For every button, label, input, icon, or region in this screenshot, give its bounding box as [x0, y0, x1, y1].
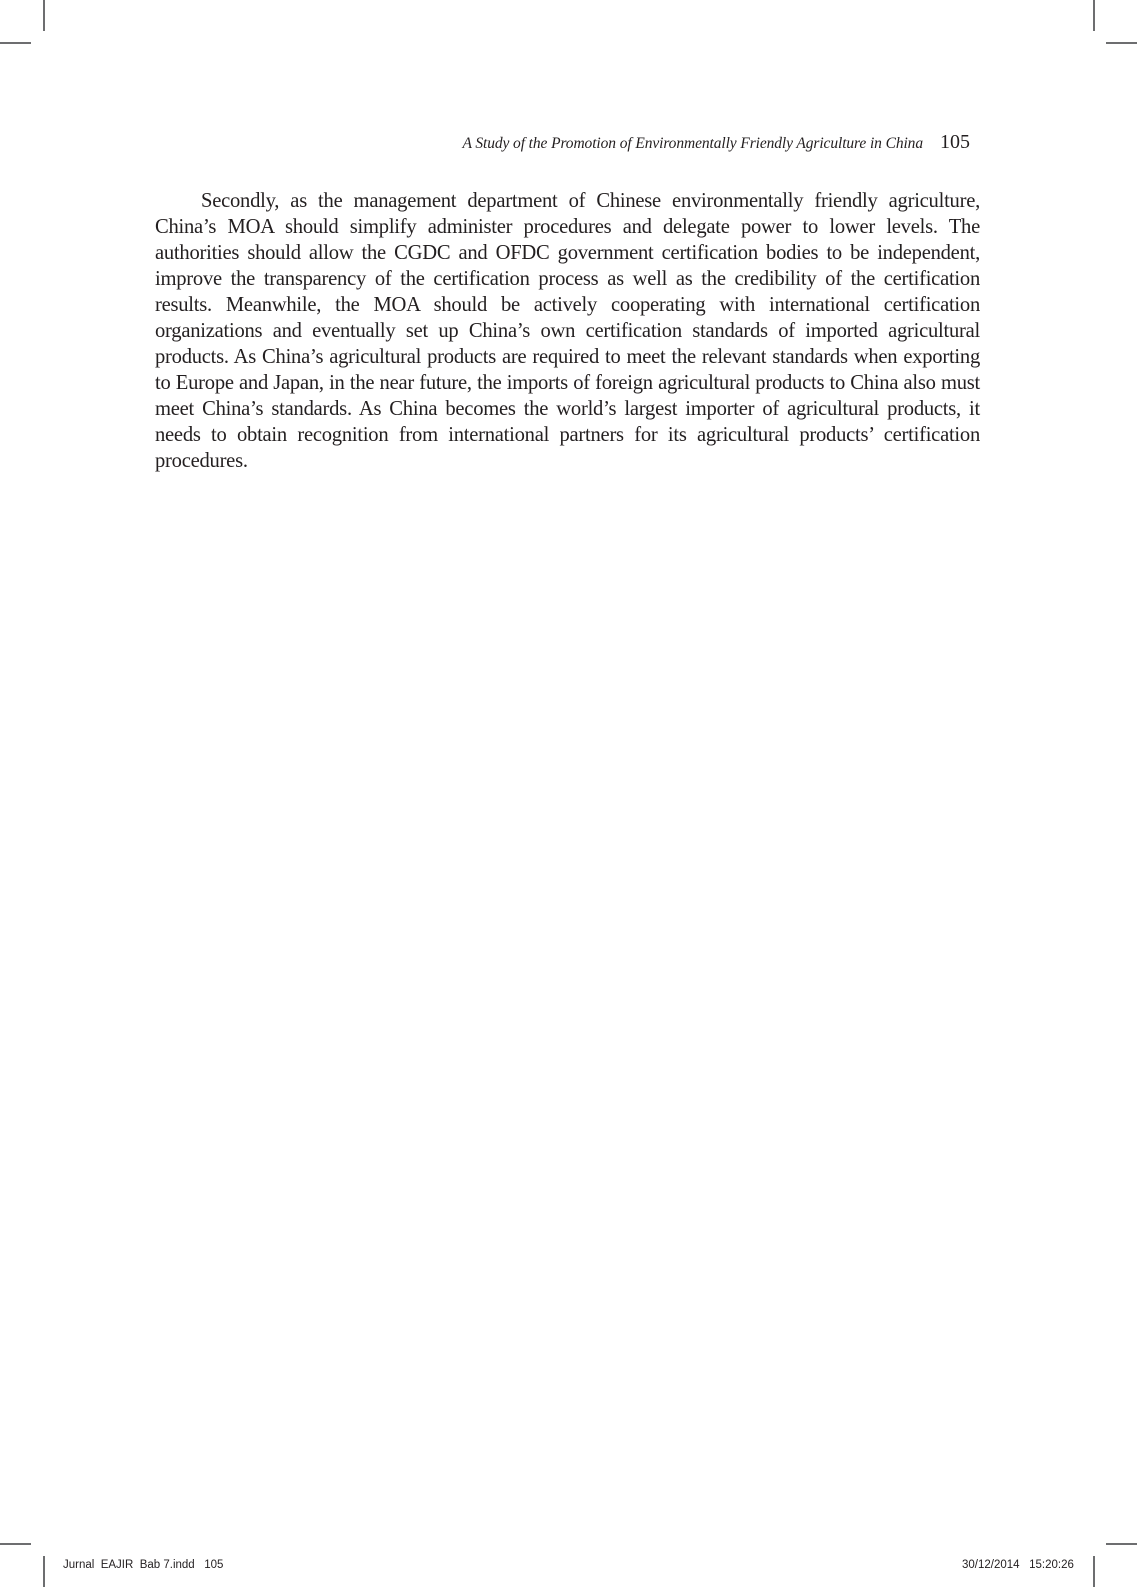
crop-mark-top-left-horizontal [0, 42, 31, 44]
page-number: 105 [940, 131, 970, 154]
paragraph: Secondly, as the management department o… [155, 188, 980, 474]
slug-timestamp: 30/12/2014 15:20:26 [962, 1559, 1074, 1571]
crop-mark-top-left-vertical [43, 0, 45, 31]
crop-mark-top-right-vertical [1093, 0, 1095, 31]
crop-mark-bottom-right-vertical [1093, 1556, 1095, 1587]
body-text: Secondly, as the management department o… [155, 188, 980, 474]
crop-mark-bottom-left-vertical [43, 1556, 45, 1587]
running-title: A Study of the Promotion of Environmenta… [462, 135, 923, 153]
crop-mark-bottom-right-horizontal [1106, 1543, 1137, 1545]
crop-mark-bottom-left-horizontal [0, 1543, 31, 1545]
crop-mark-top-right-horizontal [1106, 42, 1137, 44]
slug-file-info: Jurnal EAJIR Bab 7.indd 105 [63, 1559, 223, 1571]
running-header: A Study of the Promotion of Environmenta… [462, 131, 970, 154]
